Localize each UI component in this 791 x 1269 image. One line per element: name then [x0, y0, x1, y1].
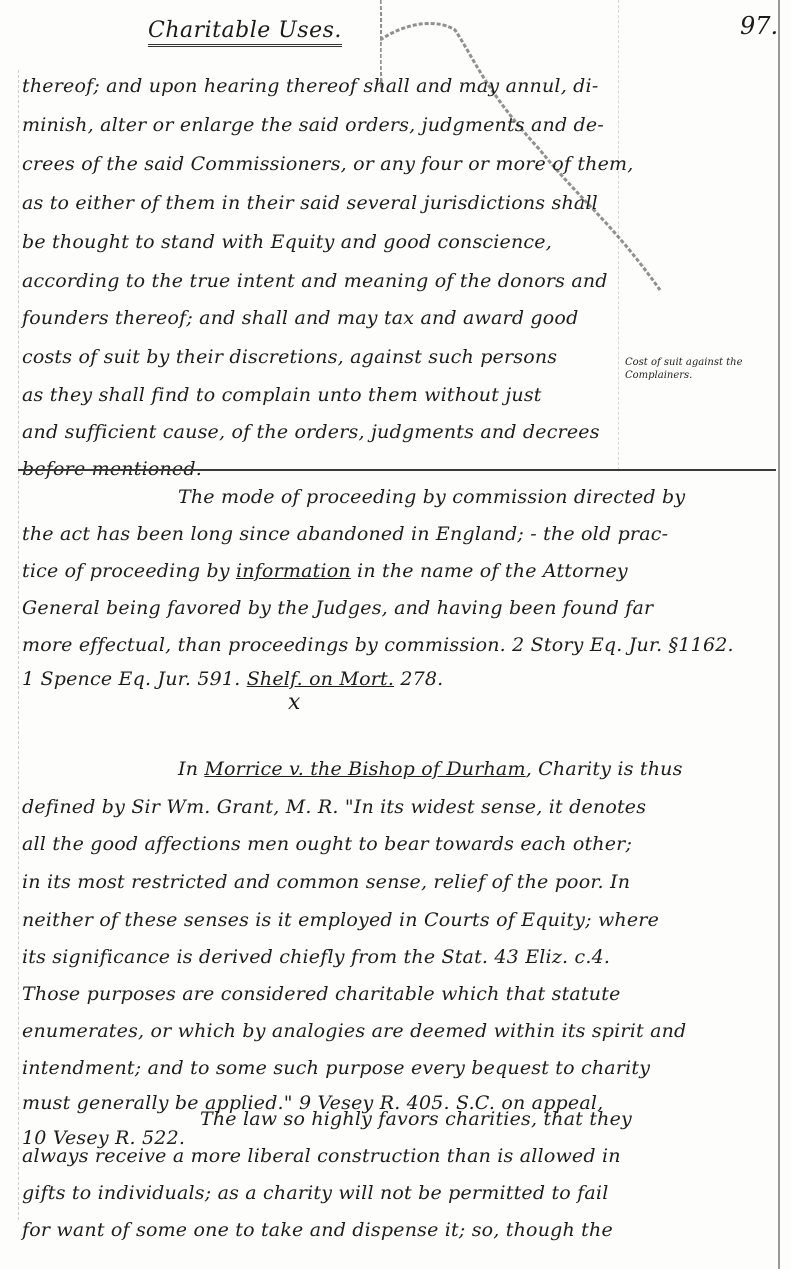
text-line: more effectual, than proceedings by comm…	[22, 634, 734, 656]
text-line: costs of suit by their discretions, agai…	[22, 346, 557, 368]
page-number: 97.	[740, 12, 778, 40]
case-name: Morrice v. the Bishop of Durham	[204, 758, 525, 780]
right-margin-rule	[618, 0, 619, 470]
section-divider	[18, 469, 776, 471]
text-line: according to the true intent and meaning…	[22, 270, 608, 292]
text-line: thereof; and upon hearing thereof shall …	[22, 75, 598, 97]
cross-mark: x	[288, 690, 300, 715]
text-line: all the good affections men ought to bea…	[22, 833, 632, 855]
text-segment: , Charity is thus	[526, 758, 683, 780]
text-line: crees of the said Commissioners, or any …	[22, 153, 634, 175]
paper-tear-mark	[380, 0, 680, 300]
text-line: and sufficient cause, of the orders, jud…	[22, 421, 600, 443]
text-line: for want of some one to take and dispens…	[22, 1219, 613, 1241]
citation: 278.	[394, 668, 443, 690]
text-line: the act has been long since abandoned in…	[22, 523, 668, 545]
text-segment: In	[178, 758, 204, 780]
text-line: The law so highly favors charities, that…	[200, 1108, 632, 1130]
text-line: Those purposes are considered charitable…	[22, 983, 621, 1005]
text-line: founders thereof; and shall and may tax …	[22, 307, 578, 329]
text-line: The mode of proceeding by commission dir…	[178, 486, 685, 508]
text-line: minish, alter or enlarge the said orders…	[22, 114, 604, 136]
left-margin-rule	[18, 70, 19, 1220]
text-line: gifts to individuals; as a charity will …	[22, 1182, 608, 1204]
text-line: 1 Spence Eq. Jur. 591. Shelf. on Mort. 2…	[22, 668, 443, 690]
text-segment: in the name of the Attorney	[351, 560, 628, 582]
text-line: as to either of them in their said sever…	[22, 192, 598, 214]
text-line: defined by Sir Wm. Grant, M. R. "In its …	[22, 796, 646, 818]
text-line: tice of proceeding by information in the…	[22, 560, 628, 582]
text-segment: tice of proceeding by	[22, 560, 236, 582]
citation: 1 Spence Eq. Jur. 591.	[22, 668, 247, 690]
text-line: in its most restricted and common sense,…	[22, 871, 630, 893]
text-line: its significance is derived chiefly from…	[22, 946, 610, 968]
text-line: In Morrice v. the Bishop of Durham, Char…	[178, 758, 683, 780]
manuscript-page: Charitable Uses. 97. thereof; and upon h…	[0, 0, 791, 1269]
text-line: intendment; and to some such purpose eve…	[22, 1057, 650, 1079]
text-line: General being favored by the Judges, and…	[22, 597, 653, 619]
text-line: neither of these senses is it employed i…	[22, 909, 659, 931]
page-title: Charitable Uses.	[148, 18, 342, 47]
margin-note: Cost of suit against the Complainers.	[625, 356, 775, 382]
text-line: be thought to stand with Equity and good…	[22, 231, 552, 253]
underlined-term: information	[236, 560, 351, 582]
text-line: always receive a more liberal constructi…	[22, 1145, 621, 1167]
page-edge	[778, 0, 780, 1269]
underlined-citation: Shelf. on Mort.	[247, 668, 394, 690]
text-line: as they shall find to complain unto them…	[22, 384, 542, 406]
text-line: enumerates, or which by analogies are de…	[22, 1020, 686, 1042]
